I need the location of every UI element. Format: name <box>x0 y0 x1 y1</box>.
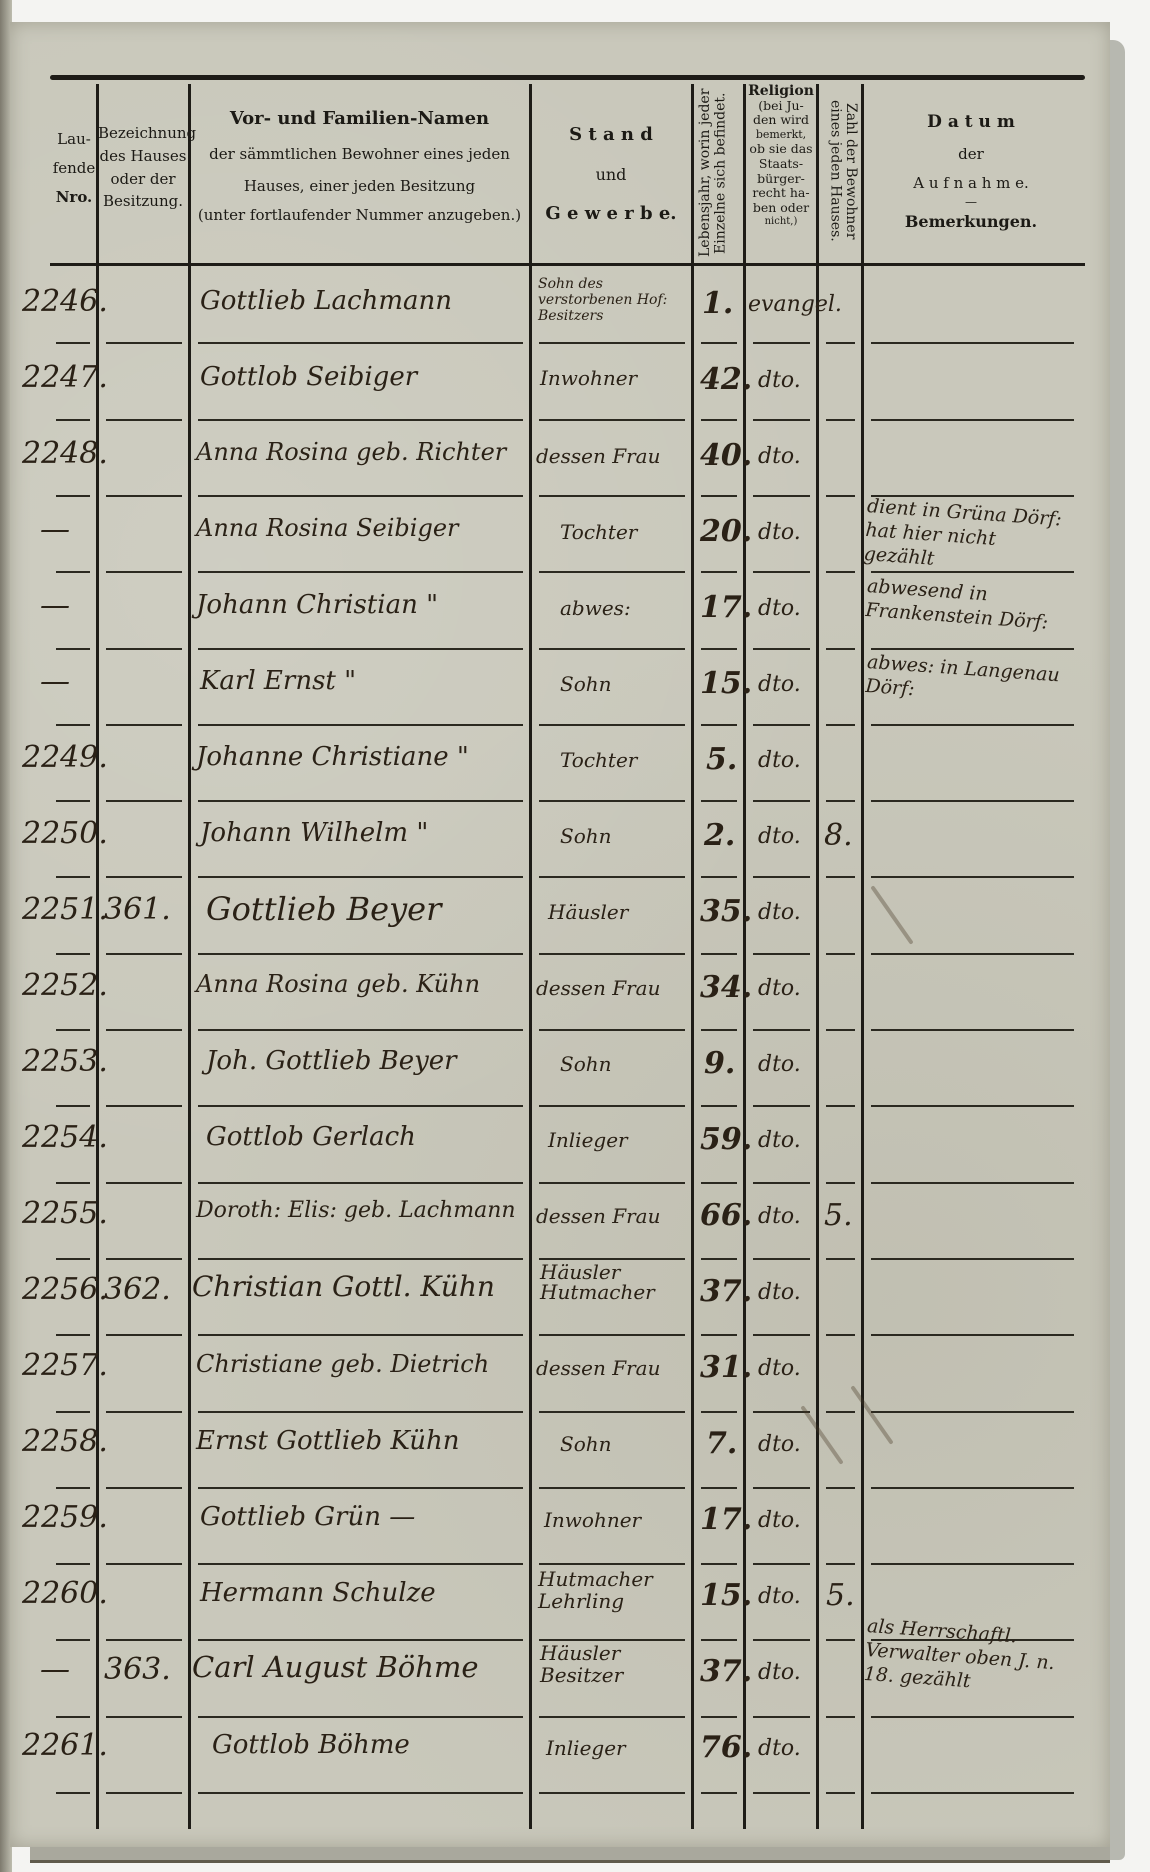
row-separator-line <box>753 1639 810 1641</box>
row-age: 31. <box>700 1350 752 1385</box>
row-separator-line <box>56 953 90 955</box>
col-line-7 <box>861 84 864 1829</box>
row-age: 37. <box>700 1274 752 1309</box>
col-line-2 <box>188 84 191 1829</box>
header-line: oder der <box>98 170 188 189</box>
row-stand: Sohn <box>560 824 612 848</box>
row-separator-line <box>106 1639 182 1641</box>
row-stand: Tochter <box>560 748 637 772</box>
row-separator-line <box>871 1792 1074 1794</box>
row-separator-line <box>871 1105 1074 1107</box>
row-separator-line <box>539 1716 685 1718</box>
row-separator-line <box>539 1411 685 1413</box>
header-line: Hauses, einer jeden Besitzung <box>190 177 529 196</box>
header-line: Lau- <box>52 130 96 149</box>
row-nr: 2255. <box>22 1196 108 1231</box>
row-age: 5. <box>706 742 737 777</box>
row-nr: 2251. <box>22 892 108 927</box>
header-line: bemerkt, <box>746 128 816 143</box>
row-zahl: 8. <box>824 818 853 853</box>
row-stand: dessen Frau <box>536 1204 660 1228</box>
row-remark: dient in Grüna Dörf: hat hier nicht gezä… <box>863 494 1073 580</box>
header-lebensjahr: Lebensjahr, worin jeder Einzelne sich be… <box>698 88 738 258</box>
row-separator-line <box>56 1258 90 1260</box>
row-age: 15. <box>700 666 752 701</box>
row-separator-line <box>826 1029 855 1031</box>
row-separator-line <box>871 1563 1074 1565</box>
row-nr: — <box>40 512 70 547</box>
col-line-4 <box>691 84 694 1829</box>
row-separator-line <box>106 800 182 802</box>
row-name: Karl Ernst " <box>200 666 356 696</box>
row-stand: abwes: <box>560 596 631 620</box>
row-separator-line <box>56 876 90 878</box>
header-line: den wird <box>746 113 816 128</box>
row-separator-line <box>753 876 810 878</box>
row-religion: dto. <box>758 596 801 621</box>
row-stand: Hutmacher Lehrling <box>538 1568 688 1612</box>
row-separator-line <box>539 1182 685 1184</box>
row-separator-line <box>826 571 855 573</box>
row-separator-line <box>539 1487 685 1489</box>
col-line-5 <box>743 84 746 1829</box>
row-separator-line <box>539 571 685 573</box>
row-nr: 2249. <box>22 740 108 775</box>
row-separator-line <box>701 953 737 955</box>
row-separator-line <box>56 800 90 802</box>
row-religion: dto. <box>758 1736 801 1761</box>
row-separator-line <box>106 1563 182 1565</box>
row-separator-line <box>539 953 685 955</box>
row-stand: Häusler Hutmacher <box>540 1262 680 1302</box>
row-age: 34. <box>700 970 752 1005</box>
row-separator-line <box>106 342 182 344</box>
row-separator-line <box>106 1716 182 1718</box>
header-line: der <box>864 145 1078 164</box>
row-religion: dto. <box>758 1052 801 1077</box>
row-stand: Inlieger <box>546 1736 626 1760</box>
row-separator-line <box>56 1563 90 1565</box>
row-religion: dto. <box>758 1280 801 1305</box>
row-separator-line <box>871 1258 1074 1260</box>
row-separator-line <box>198 495 523 497</box>
row-separator-line <box>539 1029 685 1031</box>
row-separator-line <box>871 953 1074 955</box>
row-name: Anna Rosina geb. Kühn <box>196 970 480 998</box>
header-line: S t a n d <box>531 124 691 147</box>
row-separator-line <box>826 1411 855 1413</box>
row-separator-line <box>539 648 685 650</box>
row-separator-line <box>871 1182 1074 1184</box>
row-separator-line <box>701 1716 737 1718</box>
row-nr: 2253. <box>22 1044 108 1079</box>
row-age: 66. <box>700 1198 752 1233</box>
header-line: G e w e r b e. <box>531 203 691 226</box>
row-separator-line <box>871 800 1074 802</box>
row-separator-line <box>826 1563 855 1565</box>
row-stand: Sohn <box>560 1052 612 1076</box>
row-separator-line <box>753 342 810 344</box>
header-line: ob sie das <box>746 142 816 157</box>
row-name: Gottlob Seibiger <box>200 362 417 392</box>
row-separator-line <box>826 1716 855 1718</box>
row-nr: 2257. <box>22 1348 108 1383</box>
row-separator-line <box>106 648 182 650</box>
row-age: 40. <box>700 438 752 473</box>
row-separator-line <box>56 1105 90 1107</box>
row-nr: 2248. <box>22 436 108 471</box>
row-name: Doroth: Elis: geb. Lachmann <box>196 1198 516 1223</box>
header-bezeichnung: Bezeichnung des Hauses oder der Besitzun… <box>98 124 188 211</box>
header-rule <box>50 263 1085 266</box>
row-separator-line <box>701 1182 737 1184</box>
row-stand: Inwohner <box>544 1508 641 1532</box>
row-separator-line <box>56 648 90 650</box>
row-haus: 362. <box>104 1272 171 1307</box>
header-stand: S t a n d und G e w e r b e. <box>531 124 691 225</box>
row-separator-line <box>539 419 685 421</box>
row-separator-line <box>871 342 1074 344</box>
row-separator-line <box>198 1716 523 1718</box>
row-nr: 2252. <box>22 968 108 1003</box>
row-separator-line <box>198 1411 523 1413</box>
row-separator-line <box>56 1487 90 1489</box>
row-stand: Häusler <box>548 900 628 924</box>
row-separator-line <box>539 1792 685 1794</box>
row-separator-line <box>753 953 810 955</box>
row-age: 76. <box>700 1730 752 1765</box>
row-age: 20. <box>700 514 752 549</box>
row-separator-line <box>56 1716 90 1718</box>
header-line: recht ha- <box>746 186 816 201</box>
row-separator-line <box>753 571 810 573</box>
row-age: 42. <box>700 362 752 397</box>
header-line: Staats- <box>746 157 816 172</box>
row-separator-line <box>539 800 685 802</box>
row-name: Johann Wilhelm " <box>200 818 428 848</box>
top-rule <box>50 75 1085 80</box>
row-religion: dto. <box>758 824 801 849</box>
row-separator-line <box>106 571 182 573</box>
row-separator-line <box>701 1792 737 1794</box>
row-separator-line <box>753 1258 810 1260</box>
row-name: Johann Christian " <box>196 590 438 620</box>
row-separator-line <box>106 1487 182 1489</box>
row-separator-line <box>753 1563 810 1565</box>
header-line: Besitzung. <box>98 192 188 211</box>
row-nr: — <box>40 664 70 699</box>
row-name: Gottlob Böhme <box>212 1730 410 1760</box>
header-line: Religion <box>746 84 816 99</box>
row-separator-line <box>701 1563 737 1565</box>
header-line: der sämmtlichen Bewohner eines jeden <box>190 145 529 164</box>
row-separator-line <box>871 648 1074 650</box>
row-stand: Inlieger <box>548 1128 628 1152</box>
row-separator-line <box>106 1029 182 1031</box>
row-stand: Tochter <box>560 520 637 544</box>
row-separator-line <box>753 1334 810 1336</box>
row-age: 17. <box>700 1502 752 1537</box>
row-separator-line <box>106 419 182 421</box>
row-separator-line <box>826 1258 855 1260</box>
row-religion: dto. <box>758 1660 801 1685</box>
row-separator-line <box>871 1334 1074 1336</box>
row-separator-line <box>198 876 523 878</box>
row-separator-line <box>106 1792 182 1794</box>
row-separator-line <box>56 342 90 344</box>
col-line-6 <box>816 84 819 1829</box>
row-separator-line <box>826 495 855 497</box>
row-separator-line <box>753 1792 810 1794</box>
row-religion: dto. <box>758 520 801 545</box>
row-religion: dto. <box>758 1432 801 1457</box>
row-separator-line <box>198 1105 523 1107</box>
row-separator-line <box>753 1182 810 1184</box>
row-religion: dto. <box>758 1356 801 1381</box>
row-separator-line <box>753 419 810 421</box>
row-religion: dto. <box>758 444 801 469</box>
row-separator-line <box>826 1487 855 1489</box>
header-line: Bezeichnung <box>98 124 188 143</box>
row-separator-line <box>753 800 810 802</box>
row-name: Gottlieb Lachmann <box>200 286 452 316</box>
row-separator-line <box>56 571 90 573</box>
row-nr: 2254. <box>22 1120 108 1155</box>
row-religion: dto. <box>758 1204 801 1229</box>
row-separator-line <box>753 648 810 650</box>
row-religion: dto. <box>758 976 801 1001</box>
row-separator-line <box>701 724 737 726</box>
header-namen: Vor- und Familien-Namen der sämmtlichen … <box>190 108 529 225</box>
row-separator-line <box>106 1411 182 1413</box>
row-stand: Häusler Besitzer <box>540 1642 680 1686</box>
row-zahl: 5. <box>824 1198 853 1233</box>
row-nr: 2260. <box>22 1576 108 1611</box>
row-separator-line <box>198 342 523 344</box>
header-line: Nro. <box>52 188 96 207</box>
row-separator-line <box>198 1334 523 1336</box>
col-line-3 <box>529 84 532 1829</box>
row-separator-line <box>871 1029 1074 1031</box>
row-name: Hermann Schulze <box>200 1578 436 1608</box>
row-separator-line <box>701 648 737 650</box>
row-separator-line <box>701 876 737 878</box>
row-religion: dto. <box>758 1508 801 1533</box>
row-age: 15. <box>700 1578 752 1613</box>
header-zahl: Zahl der Bewohner eines jeden Hauses. <box>820 96 858 246</box>
row-separator-line <box>753 1716 810 1718</box>
row-separator-line <box>753 1105 810 1107</box>
row-separator-line <box>56 419 90 421</box>
row-separator-line <box>753 1029 810 1031</box>
row-separator-line <box>701 419 737 421</box>
row-separator-line <box>826 800 855 802</box>
row-religion: dto. <box>758 1584 801 1609</box>
row-separator-line <box>106 1334 182 1336</box>
row-name: Gottlieb Grün — <box>200 1502 415 1532</box>
header-line: bürger- <box>746 172 816 187</box>
row-stand: Sohn <box>560 672 612 696</box>
row-age: 35. <box>700 894 752 929</box>
row-separator-line <box>106 724 182 726</box>
row-nr: — <box>40 588 70 623</box>
row-separator-line <box>753 724 810 726</box>
row-separator-line <box>198 1639 523 1641</box>
row-separator-line <box>826 648 855 650</box>
row-name: Christian Gottl. Kühn <box>192 1270 495 1303</box>
header-line: (bei Ju- <box>746 99 816 114</box>
row-separator-line <box>701 800 737 802</box>
row-separator-line <box>106 1105 182 1107</box>
row-separator-line <box>106 495 182 497</box>
row-separator-line <box>826 876 855 878</box>
row-separator-line <box>56 1411 90 1413</box>
row-religion: dto. <box>758 1128 801 1153</box>
row-name: Carl August Böhme <box>192 1650 479 1684</box>
row-nr: 2247. <box>22 360 108 395</box>
row-separator-line <box>198 1487 523 1489</box>
row-remark: als Herrschaftl. Verwalter oben J. n. 18… <box>863 1614 1078 1700</box>
row-religion: dto. <box>758 748 801 773</box>
row-separator-line <box>826 724 855 726</box>
row-separator-line <box>198 419 523 421</box>
row-separator-line <box>56 1639 90 1641</box>
row-separator-line <box>871 1716 1074 1718</box>
row-stand: dessen Frau <box>536 1356 660 1380</box>
header-laufende-nr: Lau- fende Nro. <box>52 130 96 206</box>
row-separator-line <box>753 1411 810 1413</box>
row-separator-line <box>539 876 685 878</box>
row-separator-line <box>826 1182 855 1184</box>
row-separator-line <box>826 342 855 344</box>
row-haus: 363. <box>104 1652 171 1687</box>
row-separator-line <box>701 495 737 497</box>
row-separator-line <box>826 1792 855 1794</box>
row-separator-line <box>198 648 523 650</box>
header-line: und <box>531 165 691 185</box>
row-separator-line <box>871 876 1074 878</box>
row-separator-line <box>701 571 737 573</box>
row-nr: 2256. <box>22 1272 108 1307</box>
row-separator-line <box>826 419 855 421</box>
row-zahl: 5. <box>826 1578 855 1613</box>
row-separator-line <box>753 1487 810 1489</box>
row-separator-line <box>198 724 523 726</box>
row-separator-line <box>753 495 810 497</box>
row-separator-line <box>106 876 182 878</box>
row-separator-line <box>198 1182 523 1184</box>
row-separator-line <box>701 1487 737 1489</box>
row-separator-line <box>56 1334 90 1336</box>
row-name: Anna Rosina Seibiger <box>196 514 459 542</box>
row-separator-line <box>198 1792 523 1794</box>
row-separator-line <box>826 1639 855 1641</box>
row-age: 1. <box>702 286 733 321</box>
row-age: 7. <box>706 1426 737 1461</box>
row-name: Anna Rosina geb. Richter <box>196 438 506 466</box>
row-nr: 2261. <box>22 1728 108 1763</box>
row-separator-line <box>56 495 90 497</box>
row-separator-line <box>539 342 685 344</box>
row-separator-line <box>826 1334 855 1336</box>
row-religion: dto. <box>758 368 801 393</box>
row-nr: 2246. <box>22 284 108 319</box>
row-separator-line <box>539 1105 685 1107</box>
row-separator-line <box>198 571 523 573</box>
row-separator-line <box>539 495 685 497</box>
header-line: D a t u m <box>864 112 1078 133</box>
row-name: Christiane geb. Dietrich <box>196 1350 489 1378</box>
row-separator-line <box>198 1258 523 1260</box>
header-line: ben oder <box>746 201 816 216</box>
header-line: fende <box>52 159 96 178</box>
row-separator-line <box>871 1411 1074 1413</box>
row-separator-line <box>198 1563 523 1565</box>
col-line-1 <box>96 84 99 1829</box>
row-separator-line <box>701 1334 737 1336</box>
header-line: Bemerkungen. <box>864 212 1078 232</box>
row-name: Joh. Gottlieb Beyer <box>206 1046 457 1076</box>
row-separator-line <box>701 1411 737 1413</box>
row-age: 37. <box>700 1654 752 1689</box>
row-separator-line <box>56 1792 90 1794</box>
row-separator-line <box>871 1487 1074 1489</box>
row-separator-line <box>198 1029 523 1031</box>
row-separator-line <box>826 953 855 955</box>
row-name: Johanne Christiane " <box>196 742 469 772</box>
row-name: Gottlieb Beyer <box>206 890 441 928</box>
row-separator-line <box>701 1029 737 1031</box>
row-separator-line <box>56 1029 90 1031</box>
row-age: 9. <box>704 1046 735 1081</box>
row-separator-line <box>106 1182 182 1184</box>
row-stand: Sohn des verstorbenen Hof: Besitzers <box>538 276 688 324</box>
row-age: 17. <box>700 590 752 625</box>
row-separator-line <box>56 1182 90 1184</box>
row-separator-line <box>871 419 1074 421</box>
row-separator-line <box>198 800 523 802</box>
row-name: Gottlob Gerlach <box>206 1122 416 1152</box>
header-datum: D a t u m der A u f n a h m e. — Bemerku… <box>864 112 1078 232</box>
row-separator-line <box>701 1639 737 1641</box>
row-separator-line <box>826 1105 855 1107</box>
row-age: 2. <box>704 818 735 853</box>
row-separator-line <box>56 724 90 726</box>
header-line: (unter fortlaufender Nummer anzugeben.) <box>190 206 529 225</box>
row-separator-line <box>871 724 1074 726</box>
row-stand: Inwohner <box>540 366 637 390</box>
row-nr: — <box>40 1652 70 1687</box>
row-nr: 2259. <box>22 1500 108 1535</box>
row-religion: dto. <box>758 900 801 925</box>
row-separator-line <box>539 724 685 726</box>
header-line: des Hauses <box>98 147 188 166</box>
row-separator-line <box>106 953 182 955</box>
row-religion: dto. <box>758 672 801 697</box>
row-religion: evangel. <box>748 292 842 317</box>
row-separator-line <box>701 1258 737 1260</box>
header-line: nicht,) <box>746 215 816 230</box>
row-stand: dessen Frau <box>536 976 660 1000</box>
header-line: A u f n a h m e. <box>864 174 1078 193</box>
row-stand: Sohn <box>560 1432 612 1456</box>
row-nr: 2258. <box>22 1424 108 1459</box>
row-separator-line <box>539 1563 685 1565</box>
row-age: 59. <box>700 1122 752 1157</box>
row-name: Ernst Gottlieb Kühn <box>196 1426 460 1456</box>
row-separator-line <box>701 1105 737 1107</box>
header-line: — <box>864 195 1078 210</box>
